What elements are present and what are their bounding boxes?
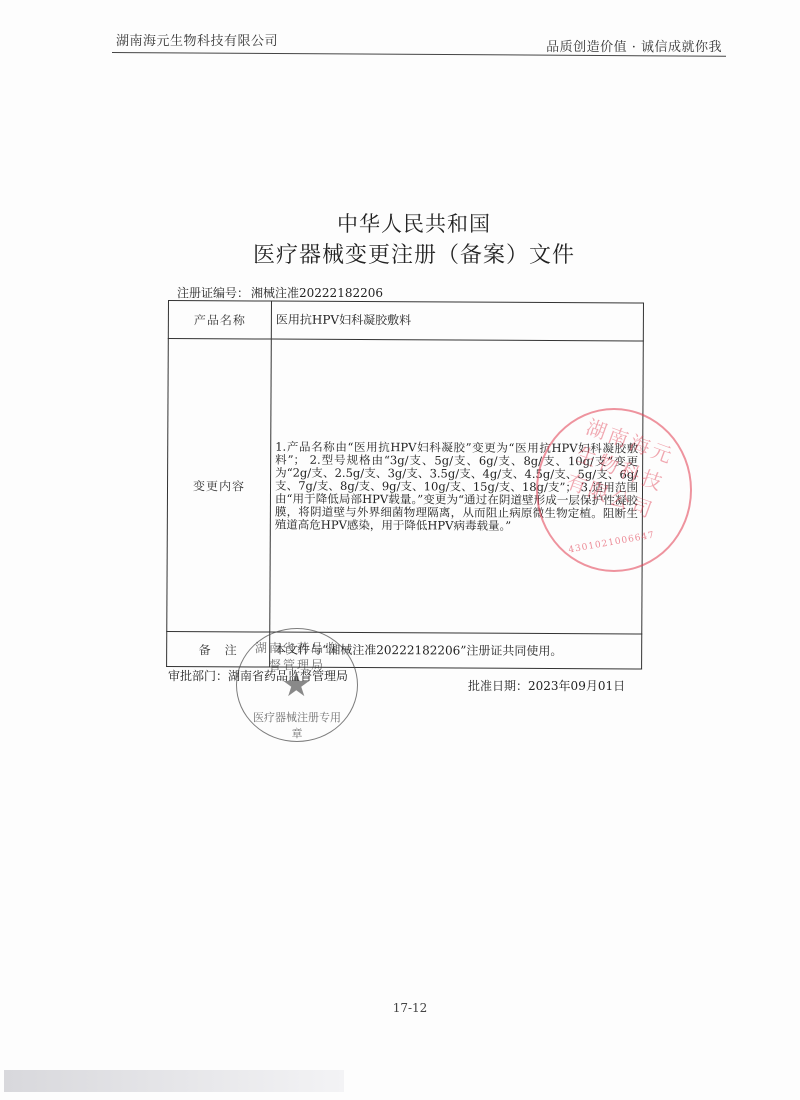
table-row: 备 注 本文件与“湘械注准20222182206”注册证共同使用。 (167, 631, 642, 668)
registration-label: 注册证编号： (177, 286, 249, 300)
change-content-label: 变更内容 (167, 339, 272, 633)
product-name-label: 产品名称 (168, 301, 271, 340)
remarks-label: 备 注 (167, 631, 270, 667)
registration-number: 注册证编号：湘械注准20222182206 (177, 284, 383, 301)
change-table: 产品名称 医用抗HPV妇科凝胶敷料 变更内容 1.产品名称由“医用抗HPV妇科凝… (166, 300, 644, 669)
table-row: 产品名称 医用抗HPV妇科凝胶敷料 (168, 301, 643, 341)
approval-date: 批准日期：2023年09月01日 (468, 677, 625, 694)
approval-date-value: 2023年09月01日 (528, 679, 625, 693)
document-title-line1: 中华人民共和国 (0, 208, 800, 238)
approval-department: 审批部门：湖南省药品监督管理局 (168, 667, 348, 684)
approval-department-label: 审批部门： (168, 669, 228, 683)
table-row: 变更内容 1.产品名称由“医用抗HPV妇科凝胶”变更为“医用抗HPV妇科凝胶敷料… (167, 339, 644, 634)
scan-shadow (4, 1070, 344, 1092)
change-content-text: 1.产品名称由“医用抗HPV妇科凝胶”变更为“医用抗HPV妇科凝胶敷料”； 2.… (275, 440, 638, 533)
header-slogan: 品质创造价值 · 诚信成就你我 (546, 36, 722, 55)
registration-value: 湘械注准20222182206 (251, 286, 383, 300)
approval-date-label: 批准日期： (468, 679, 528, 693)
page-number: 17-12 (0, 1001, 800, 1015)
header-company: 湖南海元生物科技有限公司 (116, 30, 278, 49)
document-title-line2: 医疗器械变更注册（备案）文件 (0, 238, 800, 269)
product-name-value: 医用抗HPV妇科凝胶敷料 (271, 301, 643, 341)
change-content-value: 1.产品名称由“医用抗HPV妇科凝胶”变更为“医用抗HPV妇科凝胶敷料”； 2.… (270, 339, 644, 634)
remarks-value: 本文件与“湘械注准20222182206”注册证共同使用。 (270, 632, 642, 669)
approval-department-value: 湖南省药品监督管理局 (228, 669, 348, 683)
government-seal-bottom-text: 医疗器械注册专用章 (251, 709, 343, 741)
